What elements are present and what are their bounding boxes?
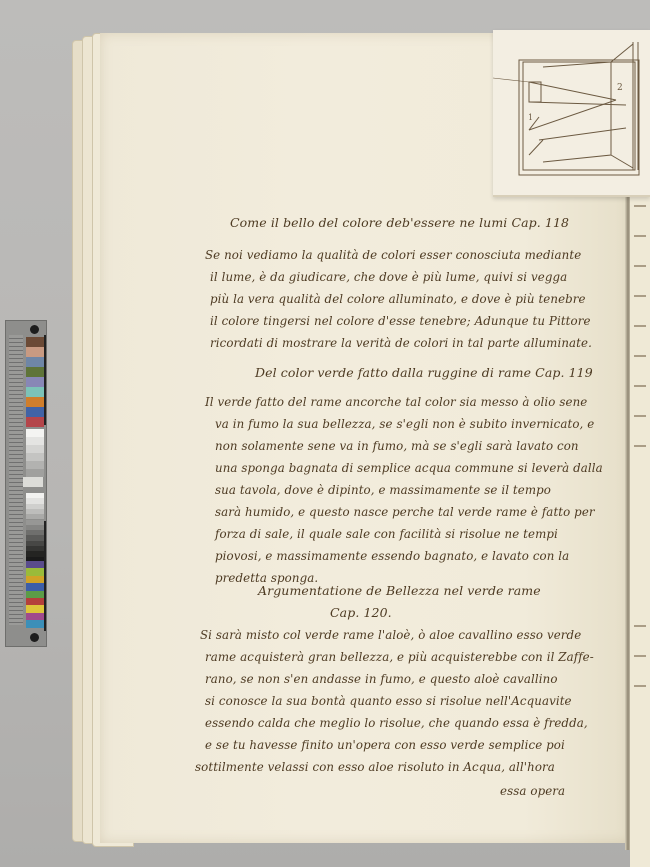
text-line: rame acquisterà gran bellezza, e più acq… [205,650,594,664]
chart-hole-icon [30,633,39,642]
color-patch [26,387,44,397]
text-line: non solamente sene va in fumo, mà se s'e… [215,439,579,453]
text-line: una sponga bagnata di semplice acqua com… [215,461,603,475]
color-patch [26,337,44,347]
tipped-in-drawing: 2 1 [493,30,650,197]
svg-text:2: 2 [617,83,623,93]
chart-bar [44,335,46,425]
color-patch [26,576,44,583]
chart-bar [44,521,46,631]
chapter-number: Cap. 120. [330,605,392,620]
color-calibration-chart [5,320,47,647]
chart-hole-icon [30,325,39,334]
catchword: essa opera [500,784,565,798]
chart-label [23,477,43,487]
text-line: il lume, è da giudicare, che dove è più … [210,270,567,284]
gray-patch [26,445,44,453]
text-line: ricordati di mostrare la verità de color… [210,336,592,350]
color-patch [26,357,44,367]
gray-patch [26,453,44,461]
gray-patch [26,437,44,445]
text-line: Si sarà misto col verde rame l'aloè, ò a… [200,628,581,642]
color-patch [26,377,44,387]
gray-patch [26,461,44,469]
text-line: Il verde fatto del rame ancorche tal col… [205,395,587,409]
text-line: sottilmente velassi con esso aloe risolu… [195,760,555,774]
color-patch [26,407,44,417]
text-line: essendo calda che meglio lo risolue, che… [205,716,588,730]
text-line: più la vera qualità del colore alluminat… [210,292,586,306]
text-line: sua tavola, dove è dipinto, e massimamen… [215,483,551,497]
text-line: sarà humido, e questo nasce perche tal v… [215,505,595,519]
perspective-diagram-icon: 2 1 [493,30,650,195]
color-patch [26,417,44,427]
color-patch [26,583,44,590]
facing-page-edge [630,175,650,867]
color-patch [26,613,44,620]
color-patch [26,591,44,598]
text-line: il colore tingersi nel colore d'esse ten… [210,314,591,328]
color-patch [26,598,44,605]
text-line: Se noi vediamo la qualità de colori esse… [205,248,581,262]
svg-text:1: 1 [528,113,533,122]
chapter-heading: Del color verde fatto dalla ruggine di r… [255,365,593,380]
gray-patch [26,469,44,477]
color-patch [26,561,44,568]
color-patch [26,605,44,612]
text-line: piovosi, e massimamente essendo bagnato,… [215,549,569,563]
color-patch [26,367,44,377]
chapter-heading: Come il bello del colore deb'essere ne l… [230,215,569,230]
color-patch [26,347,44,357]
text-line: forza di sale, il quale sale con facilit… [215,527,558,541]
color-patch [26,397,44,407]
gray-patch [26,429,44,437]
chapter-heading: Argumentatione de Bellezza nel verde ram… [258,583,541,598]
text-line: si conosce la sua bontà quanto esso si r… [205,694,572,708]
chart-scale-ticks [9,335,23,625]
color-patch [26,568,44,575]
color-patch [26,620,44,627]
text-line: rano, se non s'en andasse in fumo, e que… [205,672,558,686]
text-line: va in fumo la sua bellezza, se s'egli no… [215,417,594,431]
text-line: e se tu havesse finito un'opera con esso… [205,738,565,752]
